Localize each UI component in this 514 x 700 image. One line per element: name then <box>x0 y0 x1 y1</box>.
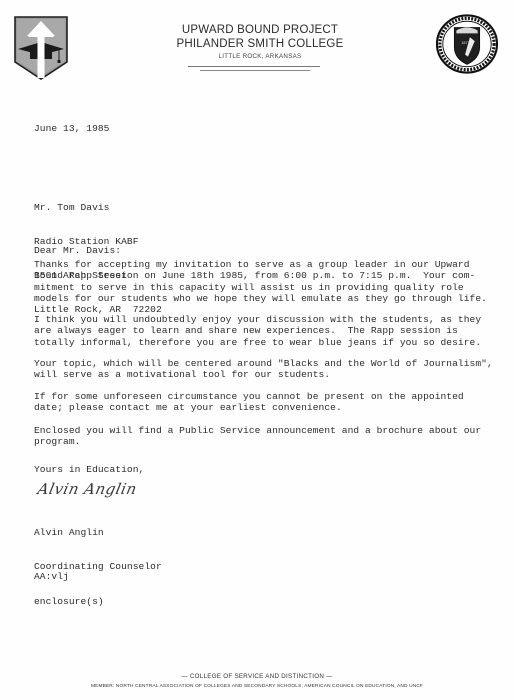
body-paragraph: Thanks for accepting my invitation to se… <box>34 259 487 305</box>
body-paragraph: Enclosed you will find a Public Service … <box>34 425 481 448</box>
reference-initials: AA:vlj <box>34 571 69 582</box>
letter-date: June 13, 1985 <box>34 123 110 134</box>
upward-bound-logo-icon <box>14 16 68 80</box>
letterhead-divider-top <box>188 66 320 67</box>
enclosure-notation: enclosure(s) <box>34 596 104 607</box>
letterhead-project-name: UPWARD BOUND PROJECT <box>160 24 360 36</box>
footer-membership: MEMBER: NORTH CENTRAL ASSOCIATION OF COL… <box>0 684 514 689</box>
college-seal-icon: 1877 <box>434 14 500 74</box>
signer-name: Alvin Anglin <box>34 527 162 538</box>
letter-page: 1877 UPWARD BOUND PROJECT PHILANDER SMIT… <box>0 0 514 700</box>
handwritten-signature: Alvin Anglin <box>36 480 139 498</box>
recipient-name: Mr. Tom Davis <box>34 202 162 213</box>
letterhead-divider-bottom <box>200 70 310 71</box>
salutation: Dear Mr. Davis: <box>34 245 121 256</box>
body-paragraph: If for some unforeseen circumstance you … <box>34 391 464 414</box>
body-paragraph: I think you will undoubtedly enjoy your … <box>34 314 481 348</box>
letterhead-college-name: PHILANDER SMITH COLLEGE <box>160 38 360 50</box>
complimentary-close: Yours in Education, <box>34 464 144 475</box>
footer-motto: — COLLEGE OF SERVICE AND DISTINCTION — <box>0 673 514 680</box>
letterhead-location: LITTLE ROCK, ARKANSAS <box>160 53 360 60</box>
body-paragraph: Your topic, which will be centered aroun… <box>34 358 493 381</box>
